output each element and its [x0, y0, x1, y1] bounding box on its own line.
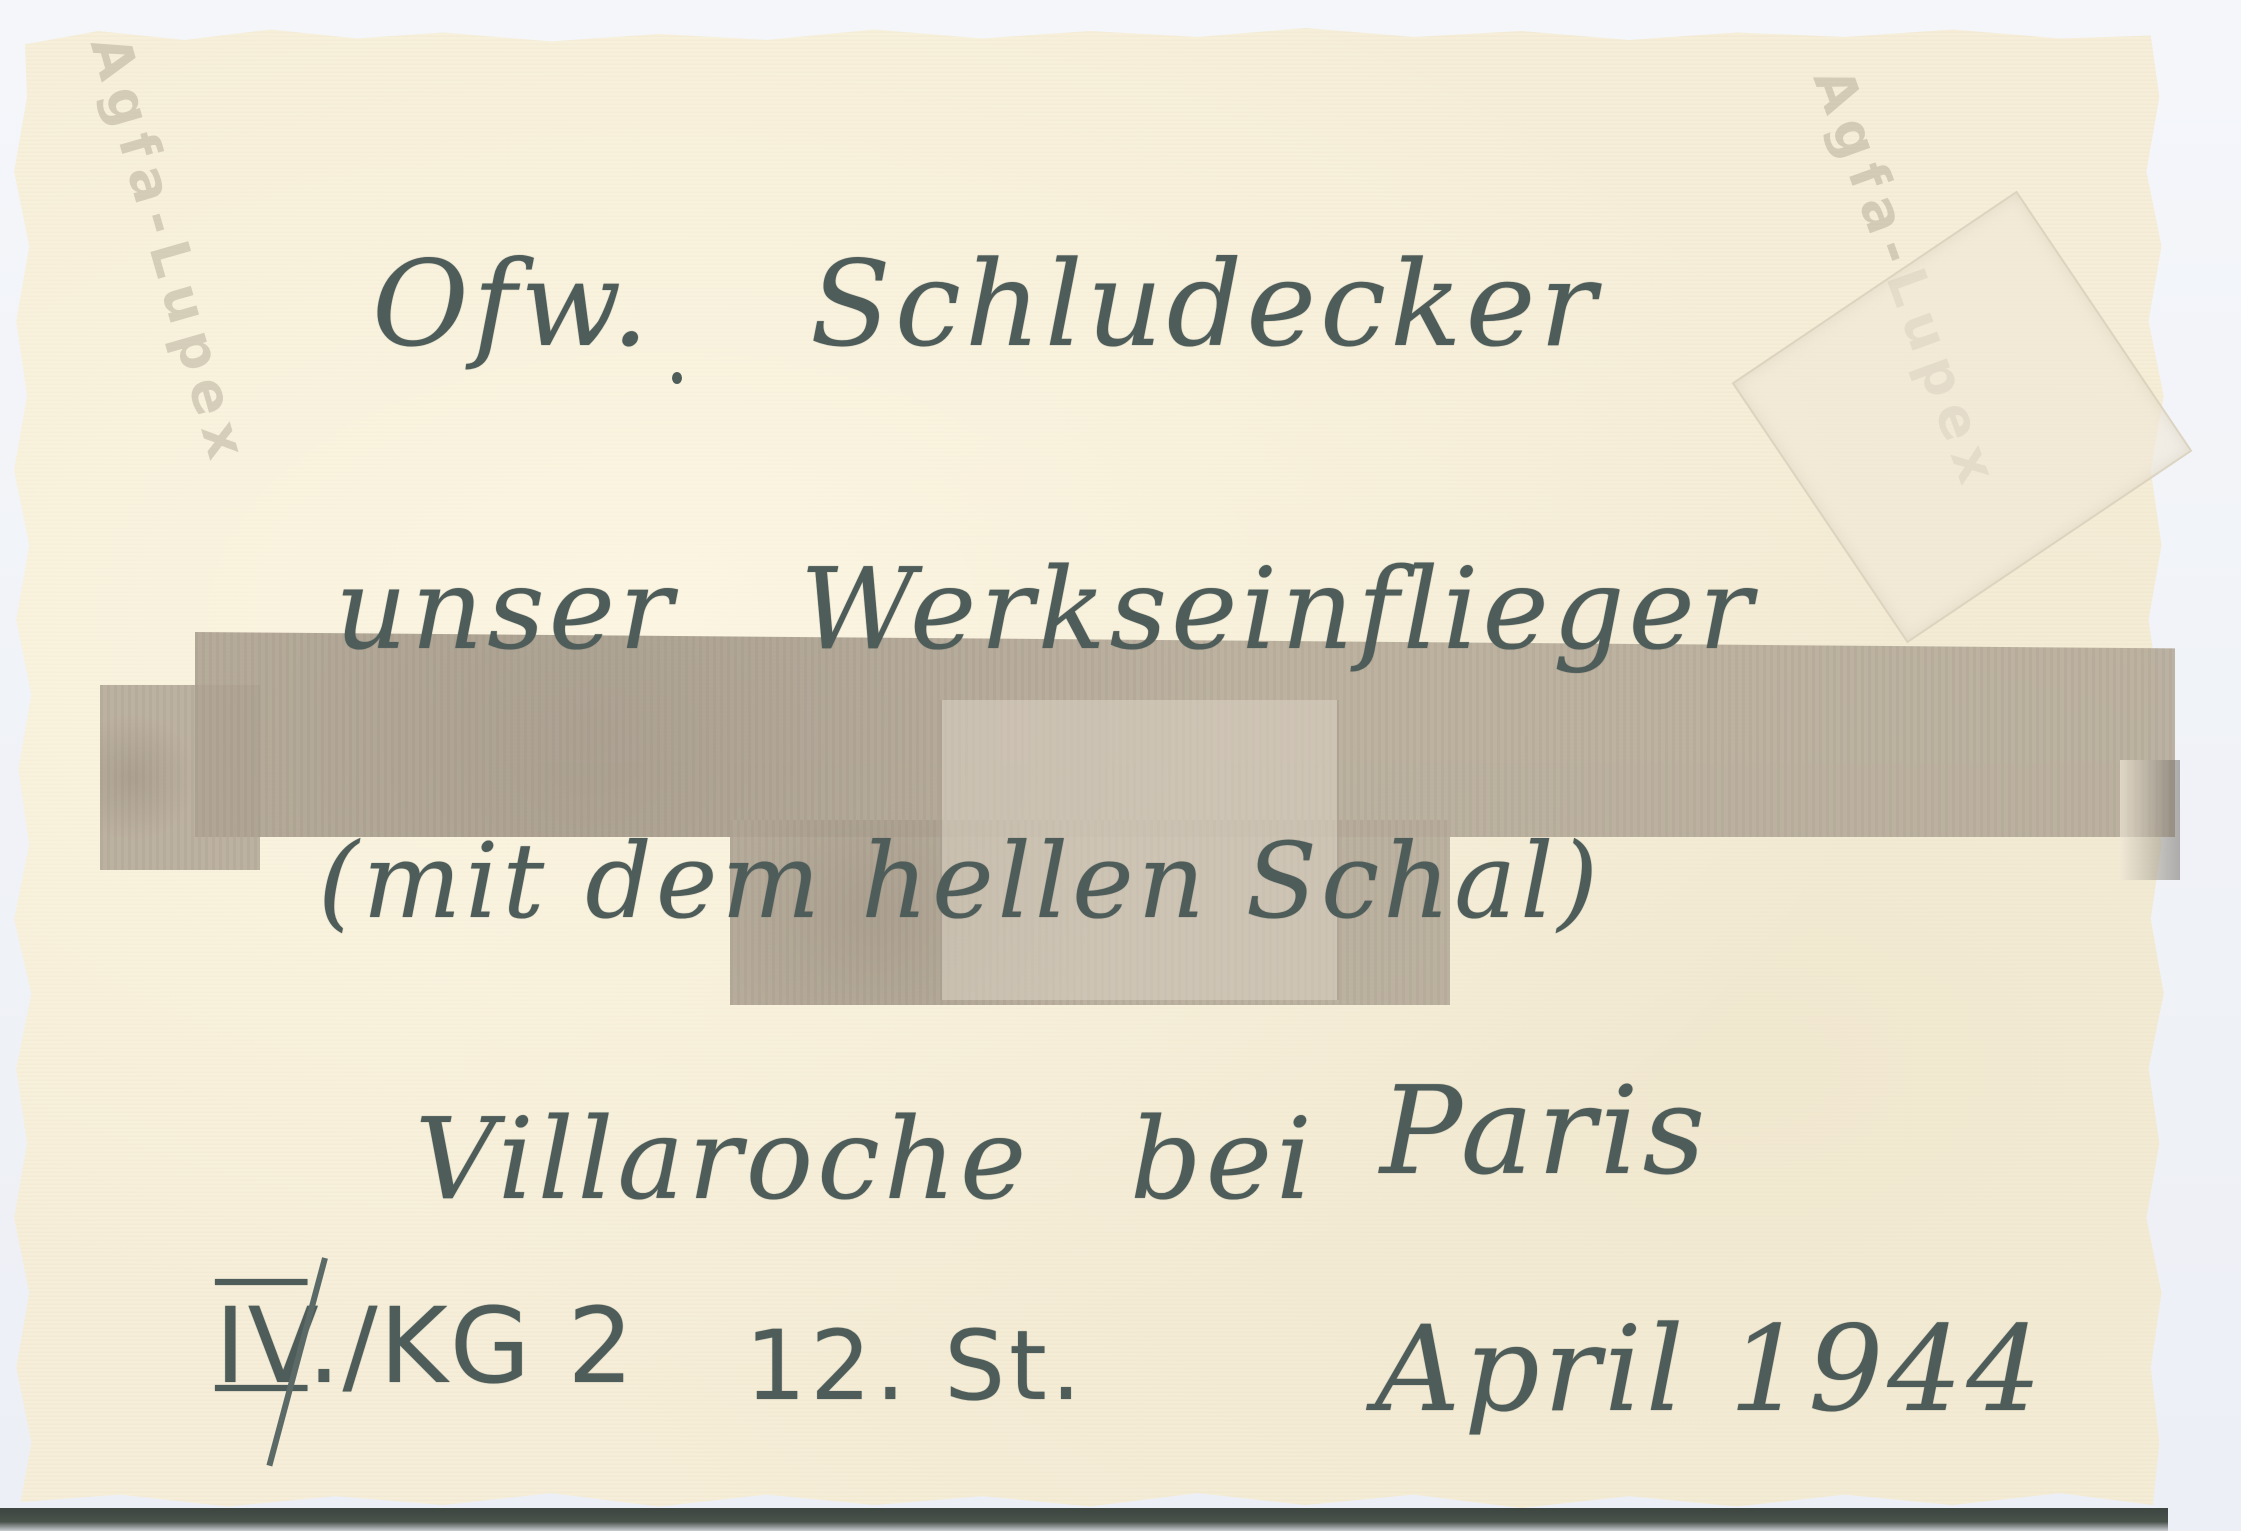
handwritten-line3: (mit dem hellen Schal) — [318, 820, 1602, 942]
handwritten-name: Schludecker — [810, 235, 1600, 373]
handwritten-date: April 1944 — [1375, 1300, 2045, 1438]
tape-residue-edge — [2120, 760, 2180, 880]
handwritten-place: Villaroche — [415, 1095, 1030, 1225]
handwritten-staffel: 12. St. — [745, 1310, 1085, 1422]
handwritten-prep: bei — [1130, 1095, 1316, 1225]
handwritten-line2-word2: Werkseinflieger — [800, 545, 1756, 675]
handwritten-rank: Ofw. — [372, 235, 653, 373]
handwritten-line2-word1: unser — [335, 545, 677, 675]
ink-dot — [672, 372, 682, 384]
card-bottom-shadow — [0, 1508, 2168, 1531]
handwritten-unit: IV./KG 2 — [215, 1285, 636, 1407]
unit-roman-numeral: IV — [215, 1285, 307, 1407]
handwritten-city: Paris — [1380, 1060, 1709, 1202]
unit-designation: ./KG 2 — [307, 1285, 635, 1407]
